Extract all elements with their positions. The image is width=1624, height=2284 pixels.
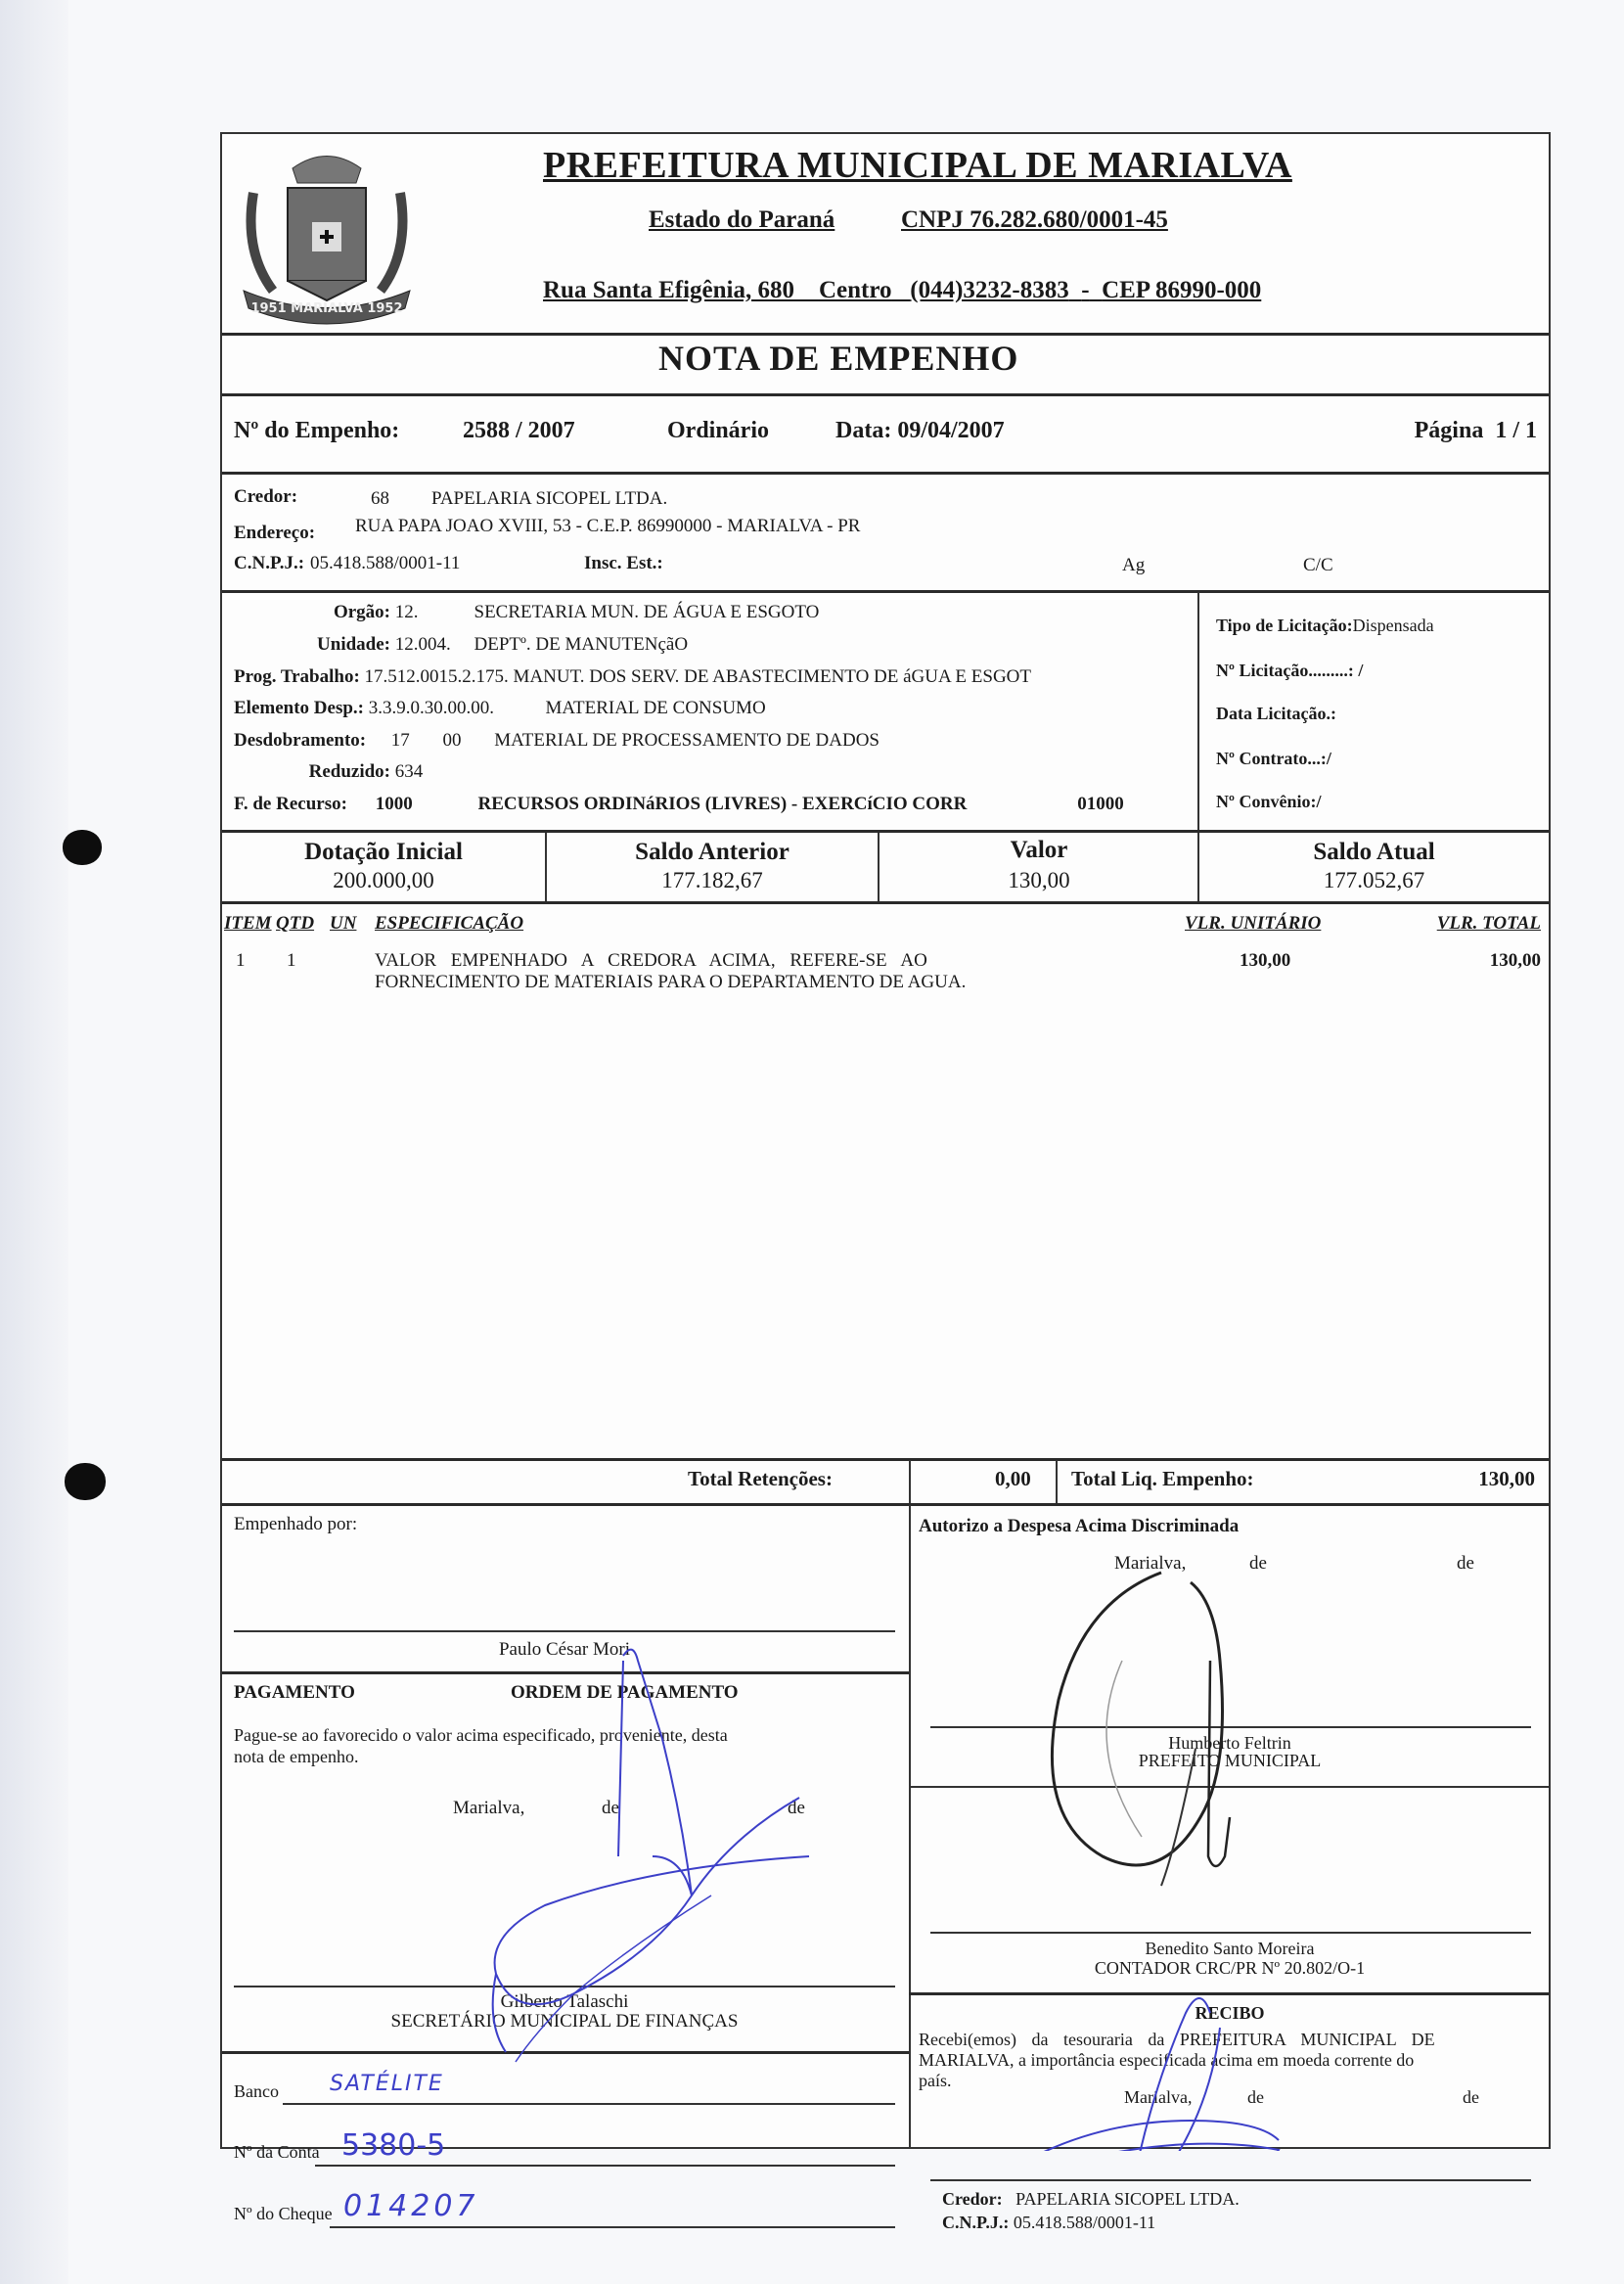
recurso-code: 1000 [376,794,474,815]
empenhado-label: Empenhado por: [234,1514,357,1535]
total-retencoes-label: Total Retenções: [688,1467,833,1491]
pagamento-place: Marialva, [453,1798,524,1819]
col-qtd: QTD [276,913,314,935]
recibo-text-line2: MARIALVA, a importância especificada aci… [919,2050,1414,2071]
empenho-type: Ordinário [667,418,769,444]
recibo-text-line3: país. [919,2071,952,2091]
banco-label: Banco [234,2081,279,2102]
balance-saldo-atual: Saldo Atual 177.052,67 [1199,833,1549,901]
separator: - [1081,277,1089,303]
row-qtd: 1 [287,950,296,972]
pagamento-de2: de [788,1798,805,1819]
signature-line [234,1986,895,1987]
row-total-value: 130,00 [1490,950,1541,972]
empenho-number-label: Nº do Empenho: [234,418,399,444]
row-spec-line2: FORNECIMENTO DE MATERIAIS PARA O DEPARTA… [375,972,966,993]
balance-saldo-anterior: Saldo Anterior 177.182,67 [547,833,878,901]
divider [222,1458,1549,1461]
signature-line [930,2179,1531,2181]
institution-address: Rua Santa Efigênia, 680 Centro (044)3232… [543,277,1261,304]
row-item: 1 [236,950,246,972]
conta-field-line [315,2165,895,2167]
recurso-row: F. de Recurso: 1000 RECURSOS ORDINáRIOS … [234,794,1124,815]
recibo-credor-name: PAPELARIA SICOPEL LTDA. [1015,2189,1240,2209]
conta-label: Nº da Conta [234,2142,320,2163]
credor-address: RUA PAPA JOAO XVIII, 53 - C.E.P. 8699000… [355,516,860,537]
reduzido-value: 634 [395,761,424,782]
autorizo-de1: de [1249,1553,1267,1575]
recibo-cnpj-value: 05.418.588/0001-11 [1014,2213,1155,2232]
numero-licitacao: Nº Licitação.........: / [1216,661,1363,681]
recurso-label: F. de Recurso: [234,794,371,815]
recibo-text-line1: Recebi(emos) da tesouraria da PREFEITURA… [919,2030,1435,2050]
address-label: Endereço: [234,523,315,544]
recurso-desc: RECURSOS ORDINáRIOS (LIVRES) - EXERCíCIO… [478,794,1073,815]
elemento-label: Elemento Desp.: [234,698,364,718]
balance-label: Saldo Anterior [547,839,878,866]
credor-code: 68 [371,488,389,510]
institution-cnpj: CNPJ 76.282.680/0001-45 [901,206,1168,234]
row-spec-line1: VALOR EMPENHADO A CREDORA ACIMA, REFERE-… [375,950,927,972]
pagamento-text-line2: nota de empenho. [234,1747,358,1767]
desdob-code2: 00 [443,730,490,752]
divider [222,2051,909,2054]
contador-title: CONTADOR CRC/PR Nº 20.802/O-1 [911,1958,1549,1979]
autorizo-label: Autorizo a Despesa Acima Discriminada [919,1516,1239,1537]
desdob-label: Desdobramento: [234,730,386,752]
institution-title: PREFEITURA MUNICIPAL DE MARIALVA [543,144,1292,187]
conta-field[interactable]: 5380-5 [341,2128,445,2163]
balance-label: Saldo Atual [1199,839,1549,866]
items-table: ITEM QTD UN ESPECIFICAÇÃO VLR. UNITÁRIO … [222,907,1549,1455]
elemento-row: Elemento Desp.: 3.3.9.0.30.00.00. MATERI… [234,698,766,719]
signature-line [234,1630,895,1632]
contador-name: Benedito Santo Moreira [911,1939,1549,1959]
address-street: Rua Santa Efigênia, 680 [543,277,794,303]
divider [909,1505,911,2149]
balance-value: 177.182,67 [547,868,878,893]
unidade-label: Unidade: [234,634,390,656]
recibo-place: Marialva, [1124,2087,1192,2108]
pagamento-text-line1: Pague-se ao favorecido o valor acima esp… [234,1725,728,1746]
col-spec: ESPECIFICAÇÃO [375,913,523,935]
tipo-licitacao-label: Tipo de Licitação: [1216,616,1353,635]
reduzido-label: Reduzido: [234,761,390,783]
col-unit-value: VLR. UNITÁRIO [1185,913,1321,935]
cheque-field[interactable]: 014207 [343,2189,479,2223]
pagamento-label: PAGAMENTO [234,1682,355,1704]
prog-desc: MANUT. DOS SERV. DE ABASTECIMENTO DE áGU… [514,666,1031,687]
date-value: 09/04/2007 [897,418,1004,443]
desdobramento-row: Desdobramento: 17 00 MATERIAL DE PROCESS… [234,730,880,752]
divider [909,1992,1549,1995]
orgao-desc: SECRETARIA MUN. DE ÁGUA E ESGOTO [474,602,820,622]
reduzido-row: Reduzido: 634 [234,761,423,783]
orgao-label: Orgão: [234,602,390,623]
cheque-label: Nº do Cheque [234,2204,333,2224]
signature-line [930,1726,1531,1728]
cheque-field-line [330,2226,895,2228]
table-row: 1 1 VALOR EMPENHADO A CREDORA ACIMA, REF… [222,950,1549,1009]
balance-label: Dotação Inicial [222,839,545,866]
divider [222,393,1549,396]
recibo-cnpj: C.N.P.J.: 05.418.588/0001-11 [942,2213,1155,2233]
total-liquido: 130,00 [1478,1467,1535,1491]
balance-label: Valor [880,837,1198,864]
credor-name: PAPELARIA SICOPEL LTDA. [431,488,667,510]
insc-est-label: Insc. Est.: [584,553,663,574]
state-name: Estado do Paraná [649,206,835,234]
tipo-licitacao-value: Dispensada [1353,616,1434,635]
banco-field-line [283,2103,895,2105]
pagamento-de1: de [602,1798,619,1819]
divider [222,1503,1549,1506]
cc-label: C/C [1303,555,1333,576]
balance-value: 200.000,00 [222,868,545,893]
prog-trabalho-row: Prog. Trabalho: 17.512.0015.2.175. MANUT… [234,666,1031,688]
orgao-row: Orgão: 12. SECRETARIA MUN. DE ÁGUA E ESG… [234,602,1173,623]
date-label: Data: [835,418,891,443]
data-licitacao: Data Licitação.: [1216,704,1336,724]
balance-value: 130,00 [880,868,1198,893]
document-title: NOTA DE EMPENHO [658,338,1018,379]
ag-label: Ag [1122,555,1145,576]
divider [222,901,1549,904]
desdob-desc: MATERIAL DE PROCESSAMENTO DE DADOS [494,730,880,751]
nota-de-empenho-form: 1951 MARIALVA 1952 PREFEITURA MUNICIPAL … [220,132,1551,2149]
col-un: UN [330,913,356,935]
autorizo-place: Marialva, [1114,1553,1186,1575]
divider [222,1671,909,1674]
divider [222,333,1549,336]
empenho-number: 2588 / 2007 [463,418,575,444]
punch-hole-top [63,830,102,865]
divider [1056,1460,1058,1503]
recibo-title: RECIBO [911,2003,1549,2024]
empenhado-name: Paulo César Mori [222,1639,907,1661]
empenho-date: Data: 09/04/2007 [835,418,1005,444]
recurso-ref: 01000 [1077,794,1124,814]
divider [911,1786,1549,1788]
page-value: 1 / 1 [1495,418,1537,443]
signature-line [930,1932,1531,1934]
credor-label: Credor: [234,486,297,508]
prefeito-title: PREFEITO MUNICIPAL [911,1751,1549,1771]
total-retencoes: 0,00 [995,1467,1031,1491]
cnpj-label: C.N.P.J.: [234,553,304,574]
prog-label: Prog. Trabalho: [234,666,360,687]
numero-convenio: Nº Convênio:/ [1216,792,1321,812]
svg-text:1951 MARIALVA 1952: 1951 MARIALVA 1952 [250,301,402,316]
prog-code: 17.512.0015.2.175. [365,666,509,687]
divider [1197,592,1199,831]
secretario-title: SECRETÁRIO MUNICIPAL DE FINANÇAS [222,2011,907,2033]
autorizo-de2: de [1457,1553,1474,1575]
col-total-value: VLR. TOTAL [1437,913,1541,935]
divider [909,1460,911,1503]
orgao-code: 12. [395,602,470,623]
unidade-row: Unidade: 12.004. DEPTº. DE MANUTENçãO [234,634,688,656]
balance-dotacao-inicial: Dotação Inicial 200.000,00 [222,833,545,901]
recibo-cnpj-label: C.N.P.J.: [942,2213,1009,2232]
unidade-desc: DEPTº. DE MANUTENçãO [474,634,689,655]
divider [222,590,1549,593]
punch-hole-bottom [65,1463,106,1500]
balance-valor: Valor 130,00 [880,833,1198,901]
desdob-code1: 17 [391,730,438,752]
secretario-name: Gilberto Talaschi [222,1991,907,2013]
recibo-credor: Credor: PAPELARIA SICOPEL LTDA. [942,2189,1240,2210]
unidade-code: 12.004. [395,634,470,656]
tipo-licitacao: Tipo de Licitação:Dispensada [1216,616,1434,636]
col-item: ITEM [224,913,272,935]
numero-contrato: Nº Contrato...:/ [1216,749,1331,769]
address-district: Centro [819,277,892,303]
balance-value: 177.052,67 [1199,868,1549,893]
elemento-code: 3.3.9.0.30.00.00. [369,698,541,719]
elemento-desc: MATERIAL DE CONSUMO [545,698,765,718]
total-liquido-label: Total Liq. Empenho: [1071,1467,1254,1491]
recibo-credor-label: Credor: [942,2189,1003,2209]
divider [222,472,1549,475]
ordem-pagamento-title: ORDEM DE PAGAMENTO [511,1682,739,1704]
municipal-crest-icon: 1951 MARIALVA 1952 [234,144,420,335]
page-label: Página [1415,418,1484,443]
address-phone: (044)3232-8383 [910,277,1068,303]
credor-cnpj: 05.418.588/0001-11 [310,553,460,574]
page-indicator: Página 1 / 1 [1415,418,1537,444]
row-unit-value: 130,00 [1240,950,1290,972]
scanned-page-edge [0,0,68,2284]
address-cep: CEP 86990-000 [1102,277,1261,303]
recibo-de2: de [1463,2087,1479,2108]
recibo-de1: de [1247,2087,1264,2108]
banco-field[interactable]: SATÉLITE [330,2072,444,2096]
